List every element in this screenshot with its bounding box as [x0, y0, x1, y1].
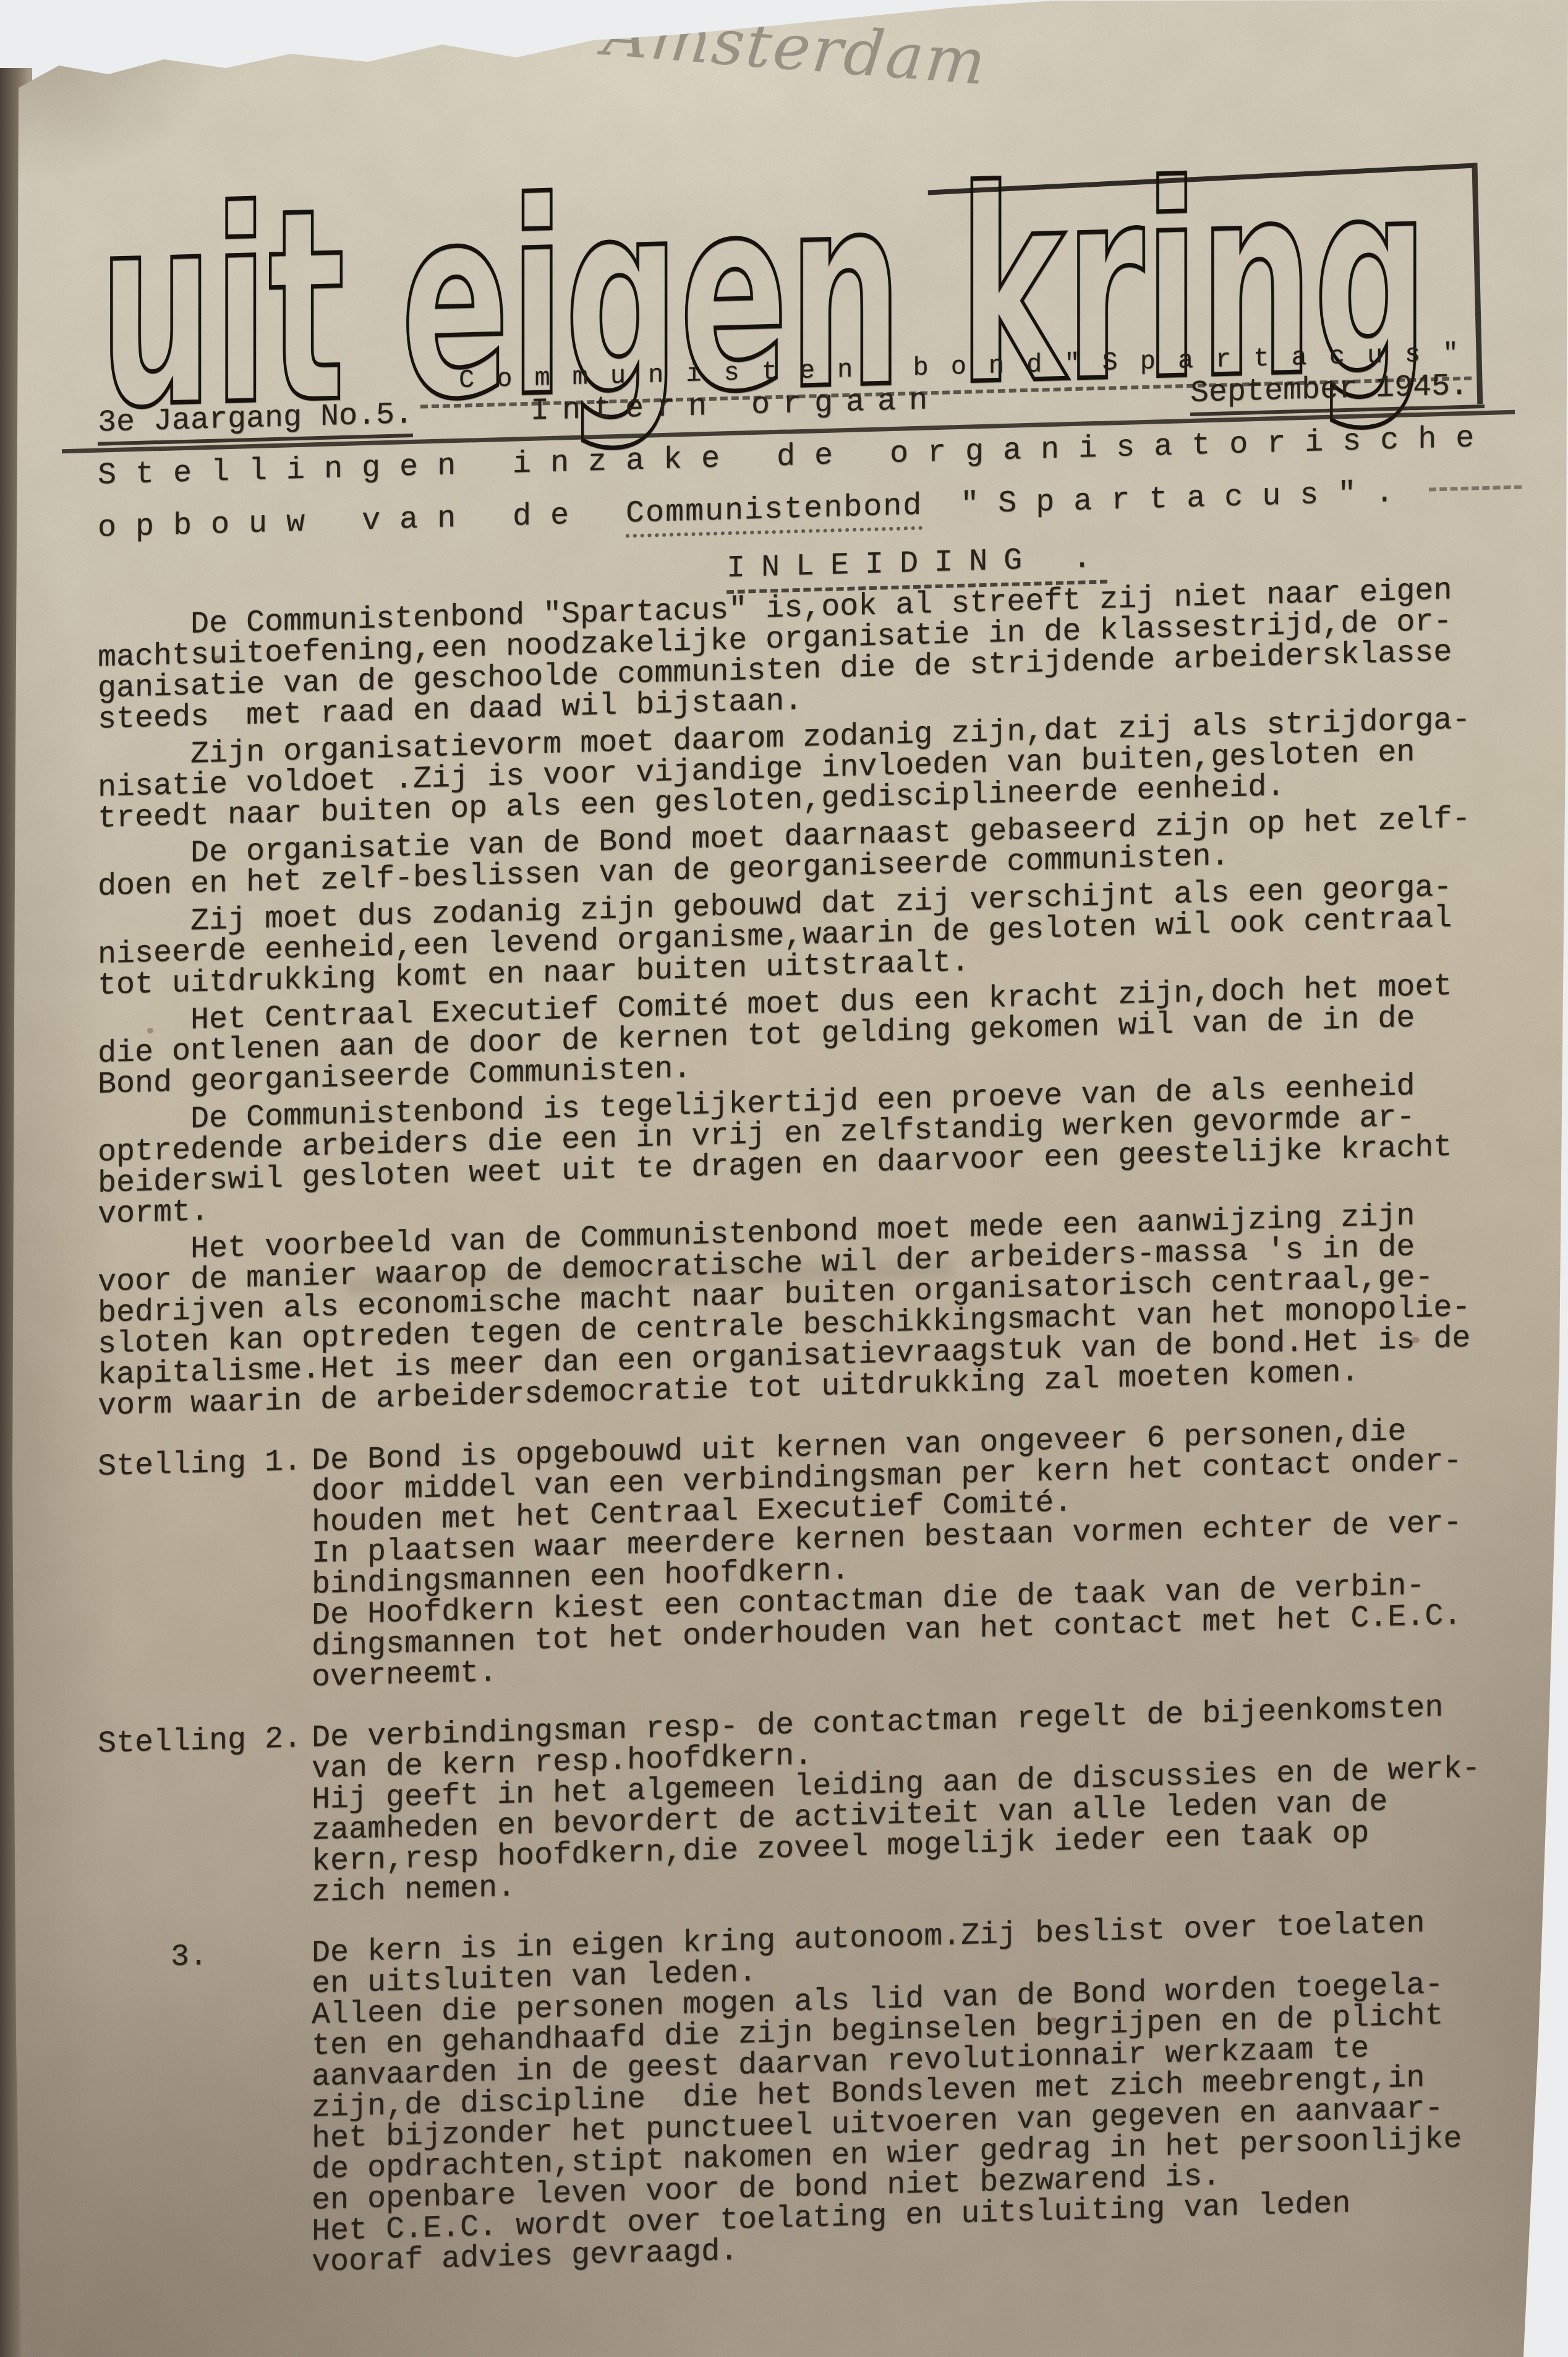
paper-sheet: Amsterdam uit eigen kring Communisten bo… — [0, 0, 1568, 2357]
page-content: Amsterdam uit eigen kring Communisten bo… — [0, 0, 1568, 2357]
article-body: De Communistenbond "Spartacus" is,ook al… — [98, 573, 1520, 2314]
stelling-label: Stelling 2. — [98, 1723, 312, 1914]
heading-line2-emphasis: Communistenbond — [626, 489, 922, 538]
stelling-text: De verbindingsman resp- de contactman re… — [312, 1690, 1520, 1909]
stelling-label: Stelling 1. — [98, 1446, 312, 1699]
stelling-item-2: Stelling 2. De verbindingsman resp- de c… — [98, 1690, 1520, 1914]
stellingen-list: Stelling 1. De Bond is opgebouwd uit ker… — [98, 1413, 1520, 2284]
stelling-text: De Bond is opgebouwd uit kernen van onge… — [312, 1413, 1520, 1693]
stelling-item-1: Stelling 1. De Bond is opgebouwd uit ker… — [98, 1413, 1520, 1699]
handwritten-annotation: Amsterdam — [602, 18, 988, 79]
intro-paragraph: Het voorbeeld van de Communistenbond moe… — [98, 1198, 1520, 1422]
issue-date: September 1945. — [1190, 370, 1485, 416]
stelling-text: De kern is in eigen kring autonoom.Zij b… — [312, 1906, 1520, 2278]
scanned-document-page: { "document": { "handwritten_note": "Ams… — [0, 0, 1568, 2357]
heading-line2-post: "Spartacus". — [922, 475, 1413, 523]
stelling-label: 3. — [98, 1938, 312, 2284]
stelling-item-3: 3. De kern is in eigen kring autonoom.Zi… — [98, 1906, 1520, 2284]
heading-line2-pre: opbouw van de — [98, 497, 626, 546]
